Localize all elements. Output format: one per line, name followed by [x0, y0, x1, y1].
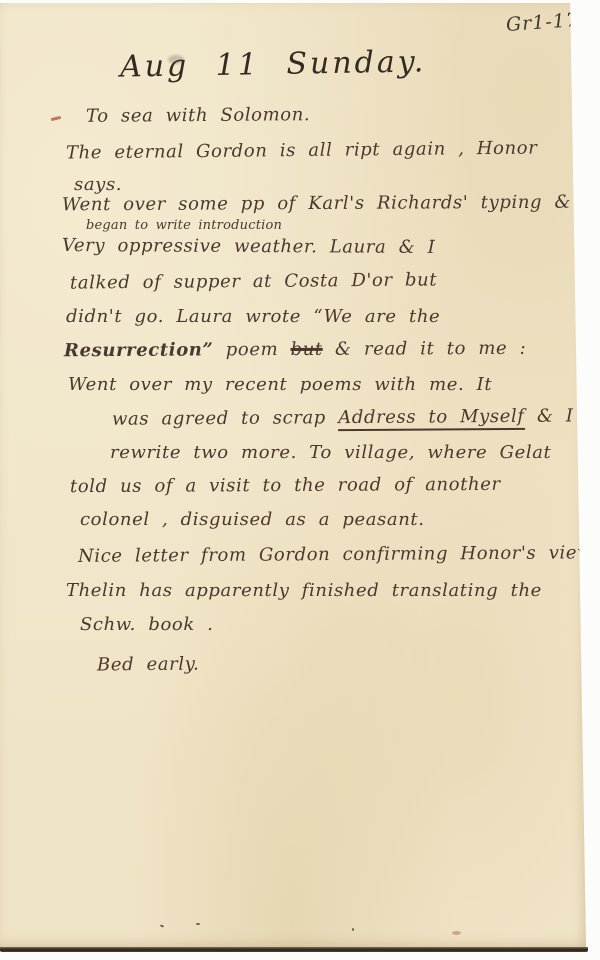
ink-speck — [352, 928, 354, 931]
handwritten-line: began to write introduction — [86, 218, 282, 233]
line-text: & I to — [525, 405, 600, 427]
line-text: says. — [74, 174, 122, 195]
handwritten-line: The eternal Gordon is all ript again , H… — [66, 138, 538, 164]
line-text: poem — [213, 339, 290, 360]
line-text: Went over some pp of Karl's Richards' ty… — [62, 192, 571, 216]
scanned-page: Gr1-171 Aug 11 Sunday. To sea with Solom… — [0, 0, 600, 960]
struck-word: but — [290, 339, 322, 360]
ink-speck — [452, 931, 461, 935]
line-text: The eternal Gordon is all ript again , H… — [66, 138, 538, 164]
line-text: Nice letter from Gordon confirming Honor… — [78, 542, 600, 567]
handwritten-line: talked of supper at Costa D'or but — [70, 269, 437, 293]
handwritten-line: Very oppressive weather. Laura & I — [62, 235, 435, 258]
red-pencil-mark — [51, 116, 61, 121]
handwritten-line: says. — [74, 174, 122, 195]
line-text: talked of supper at Costa D'or but — [70, 269, 437, 293]
underlined-phrase: Address to Myself — [338, 406, 525, 431]
line-text: colonel , disguised as a peasant. — [80, 509, 425, 530]
handwritten-line: Went over my recent poems with me. It — [68, 374, 492, 395]
line-text: To sea with Solomon. — [86, 104, 310, 127]
line-text: Schw. book . — [80, 614, 213, 635]
line-text: rewrite two more. To village, where Gela… — [110, 442, 551, 463]
handwritten-line: didn't go. Laura wrote “We are the — [66, 306, 440, 327]
handwritten-line: To sea with Solomon. — [86, 104, 310, 127]
handwritten-line: Resurrection” poem but & read it to me : — [64, 338, 526, 361]
ink-speck — [196, 923, 200, 925]
line-text: began to write introduction — [86, 218, 282, 233]
line-text: Thelin has apparently finished translati… — [66, 580, 542, 601]
line-text: was agreed to scrap — [112, 407, 338, 430]
line-text: Very oppressive weather. Laura & I — [62, 235, 435, 258]
line-text: didn't go. Laura wrote “We are the — [66, 306, 440, 327]
line-text: Went over my recent poems with me. It — [68, 374, 492, 395]
handwritten-line: Bed early. — [97, 654, 200, 676]
date-heading: Aug 11 Sunday. — [120, 44, 427, 84]
overwritten-word: Resurrection” — [64, 339, 214, 361]
line-text: & read it to me : — [323, 338, 527, 360]
paper-bottom-edge — [0, 947, 588, 952]
line-text: Bed early. — [97, 654, 200, 676]
ink-speck — [160, 924, 164, 927]
handwritten-line: rewrite two more. To village, where Gela… — [110, 442, 551, 463]
handwritten-line: Thelin has apparently finished translati… — [66, 580, 542, 601]
handwritten-line: Nice letter from Gordon confirming Honor… — [78, 542, 600, 567]
handwritten-line: was agreed to scrap Address to Myself & … — [112, 405, 600, 429]
handwritten-line: Went over some pp of Karl's Richards' ty… — [62, 192, 571, 216]
line-text: told us of a visit to the road of anothe… — [70, 474, 501, 497]
handwritten-line: told us of a visit to the road of anothe… — [70, 474, 501, 497]
handwritten-line: Schw. book . — [80, 614, 213, 635]
paper-sheet: Gr1-171 Aug 11 Sunday. To sea with Solom… — [0, 3, 586, 948]
handwritten-line: colonel , disguised as a peasant. — [80, 509, 425, 530]
archive-mark: Gr1-171 — [505, 8, 592, 36]
